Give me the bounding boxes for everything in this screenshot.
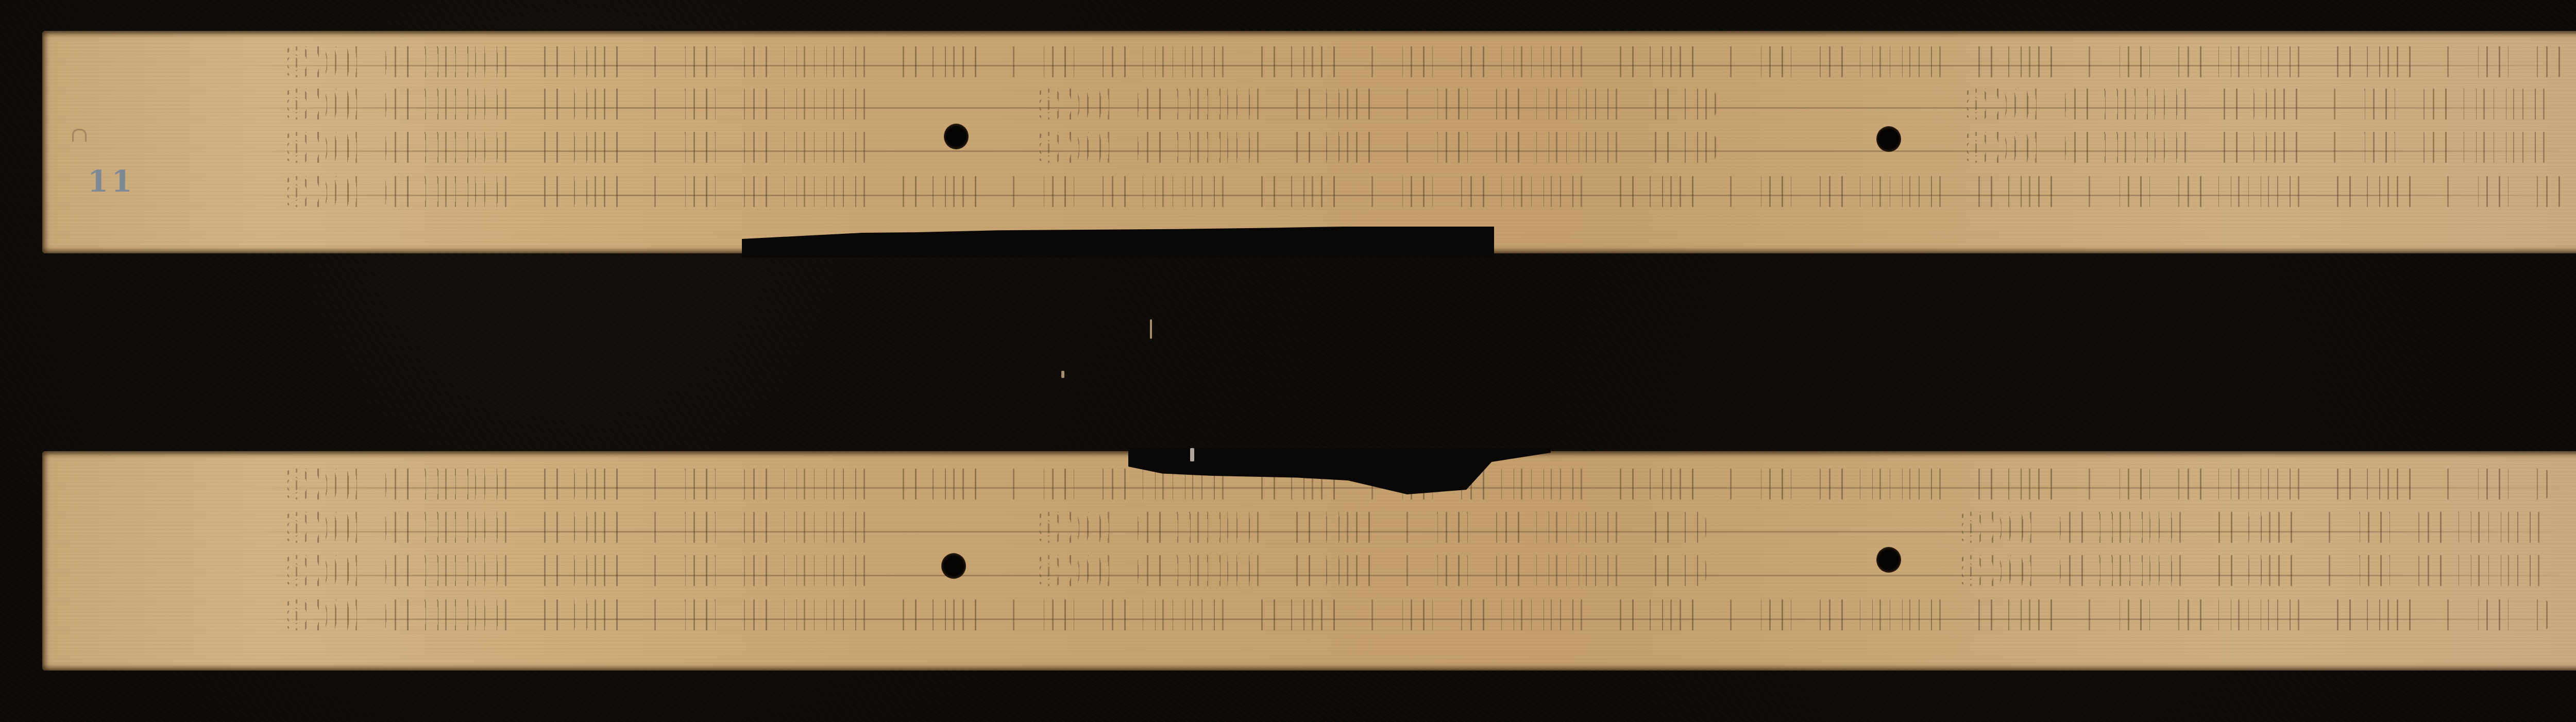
script-line-2c: [1964, 89, 2567, 119]
script-glyphs: [1037, 89, 1717, 119]
palm-leaf-bottom: [42, 451, 2576, 671]
script-glyphs: [284, 132, 892, 163]
binding-hole-left: [944, 124, 969, 149]
script-glyphs: [284, 599, 2551, 630]
binding-hole-right: [1876, 547, 1901, 573]
script-glyphs: [1959, 512, 2551, 543]
script-line-3c: [1959, 555, 2551, 586]
script-line-2b: [1037, 89, 1717, 119]
script-line-1: [284, 46, 2567, 77]
script-glyphs: [1037, 512, 1706, 543]
script-glyphs: [1037, 132, 1717, 163]
cloth-fiber: [1190, 448, 1194, 461]
script-line-2b: [1037, 512, 1706, 543]
cloth-fiber: [1150, 319, 1152, 339]
palm-leaf-top: 11: [42, 31, 2576, 253]
script-glyphs: [284, 89, 892, 119]
leaf-number: 11: [88, 164, 135, 199]
binding-hole-right: [1876, 126, 1901, 152]
script-line-4: [284, 599, 2551, 630]
script-line-2c: [1959, 512, 2551, 543]
script-glyphs: [1964, 132, 2567, 163]
script-line-3a: [284, 555, 892, 586]
script-glyphs: [284, 46, 2567, 77]
script-glyphs: [284, 512, 892, 543]
script-line-3b: [1037, 555, 1706, 586]
script-glyphs: [284, 176, 2567, 207]
script-line-4: [284, 176, 2567, 207]
script-glyphs: [284, 555, 892, 586]
binding-hole-left: [941, 553, 966, 579]
script-line-3a: [284, 132, 892, 163]
script-glyphs: [1959, 555, 2551, 586]
script-line-3b: [1037, 132, 1717, 163]
script-glyphs: [1037, 555, 1706, 586]
script-line-2a: [284, 89, 892, 119]
script-line-2a: [284, 512, 892, 543]
margin-mark: [72, 129, 87, 142]
script-glyphs: [1964, 89, 2567, 119]
script-line-3c: [1964, 132, 2567, 163]
cloth-fiber: [1061, 371, 1064, 378]
